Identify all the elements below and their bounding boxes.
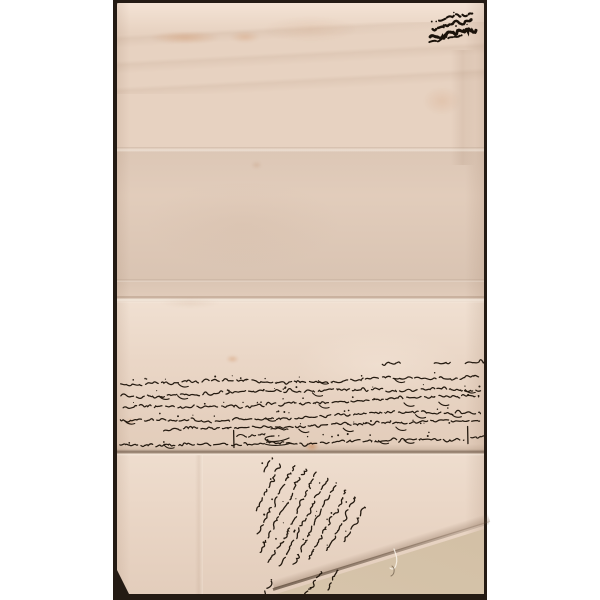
signature-flourish	[263, 424, 295, 448]
letter-body-text	[118, 360, 484, 450]
scan-canvas: Aged, fold-creased cream-pink paper lett…	[0, 0, 600, 600]
diagonal-docket-note	[248, 455, 368, 600]
letterhead-calligraphy	[420, 8, 478, 40]
photo-background	[113, 0, 487, 600]
